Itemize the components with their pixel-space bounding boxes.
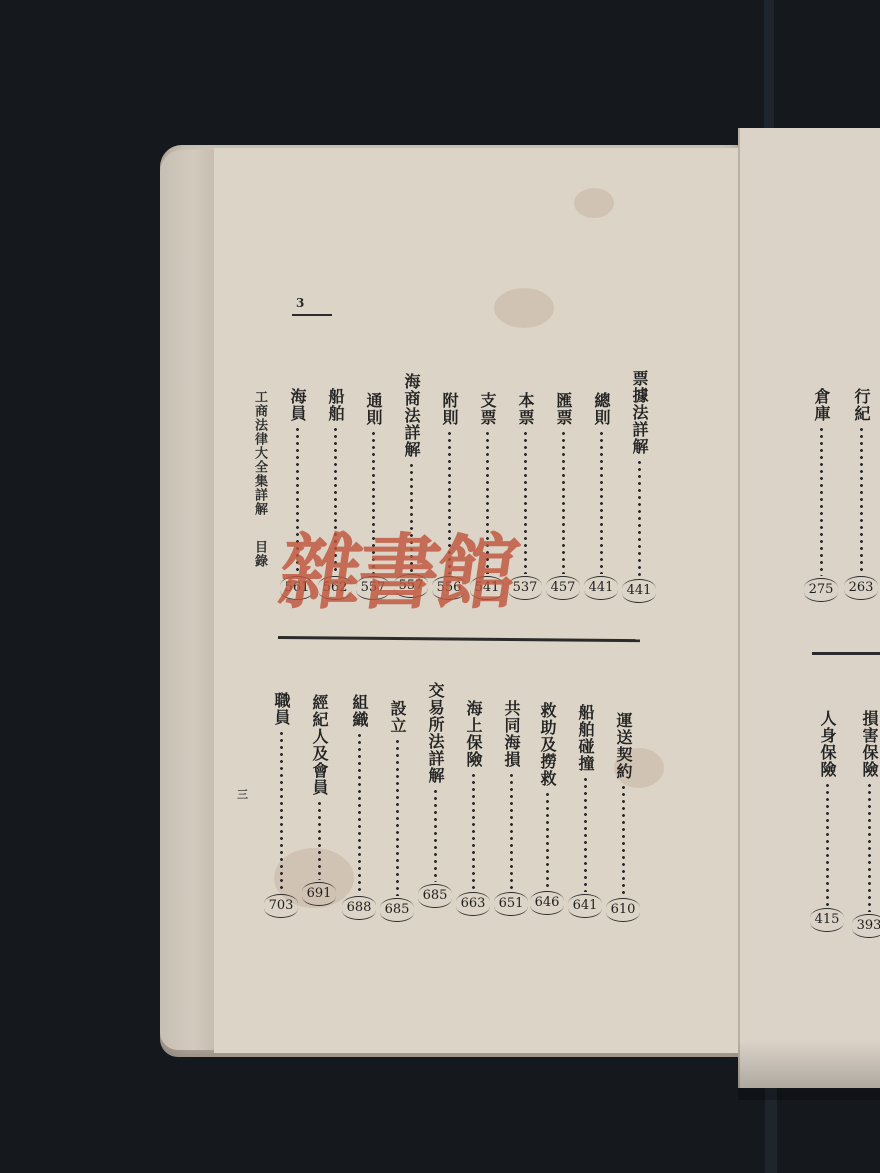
- toc-entry-title: 本票: [515, 392, 535, 426]
- toc-entry[interactable]: 總則 441: [584, 392, 618, 600]
- toc-entry-title: 人身保險: [817, 710, 837, 778]
- toc-entry-title: 海上保險: [463, 700, 483, 768]
- leader-dots: [280, 730, 283, 892]
- leader-dots: [510, 772, 513, 890]
- folio-number: 3: [296, 296, 304, 310]
- toc-entry[interactable]: 人身保險 415: [810, 710, 844, 932]
- toc-entry-title: 總則: [591, 392, 611, 426]
- toc-entry[interactable]: 運送契約 610: [606, 712, 640, 922]
- toc-entry[interactable]: 共同海損 651: [494, 700, 528, 916]
- leader-dots: [472, 772, 475, 890]
- toc-entry[interactable]: 設立 685: [380, 700, 414, 922]
- leader-dots: [562, 430, 565, 574]
- watermark-stamp: 雜書館: [274, 532, 520, 614]
- toc-entry-page: 651: [494, 892, 528, 916]
- toc-entry[interactable]: 職員 703: [264, 692, 298, 918]
- section-label: 目錄: [250, 540, 269, 568]
- toc-entry-page: 685: [418, 884, 452, 908]
- leader-dots: [584, 776, 587, 892]
- toc-entry[interactable]: 經紀人及會員 691: [302, 694, 336, 906]
- toc-entry-page: 688: [342, 896, 376, 920]
- toc-entry-page: 703: [264, 894, 298, 918]
- toc-entry[interactable]: 行紀 263: [844, 388, 878, 600]
- toc-entry[interactable]: 交易所法詳解 685: [418, 682, 452, 908]
- page-marker: 三: [237, 786, 248, 802]
- left-page-edge: [160, 150, 216, 1050]
- toc-entry[interactable]: 組織 688: [342, 694, 376, 920]
- leader-dots: [826, 782, 829, 906]
- toc-entry[interactable]: 票據法詳解 441: [622, 370, 656, 603]
- toc-entry-title: 倉庫: [811, 388, 831, 422]
- leader-dots: [546, 791, 549, 889]
- leader-dots: [868, 782, 871, 912]
- running-title: 工商法律大全集詳解: [250, 390, 269, 516]
- toc-entry-title: 通則: [363, 392, 383, 426]
- toc-entry-page: 537: [508, 576, 542, 600]
- toc-entry[interactable]: 海上保險 663: [456, 700, 490, 916]
- toc-entry[interactable]: 救助及撈救 646: [530, 702, 564, 915]
- toc-entry[interactable]: 損害保險 393: [852, 710, 880, 938]
- toc-entry-page: 663: [456, 892, 490, 916]
- leader-dots: [318, 800, 321, 880]
- toc-entry-title: 設立: [387, 700, 407, 734]
- toc-entry-page: 457: [546, 576, 580, 600]
- toc-entry-title: 職員: [271, 692, 291, 726]
- backdrop-seam: [764, 0, 774, 145]
- leader-dots: [396, 738, 399, 896]
- toc-entry-title: 共同海損: [501, 700, 521, 768]
- right-section-divider: [812, 652, 880, 655]
- leader-dots: [600, 430, 603, 574]
- toc-entry-page: 441: [622, 579, 656, 603]
- toc-entry-title: 運送契約: [613, 712, 633, 780]
- toc-entry-title: 票據法詳解: [629, 370, 649, 455]
- folio-rule: [292, 314, 332, 316]
- toc-entry-title: 海員: [287, 388, 307, 422]
- toc-entry-page: 610: [606, 898, 640, 922]
- leader-dots: [820, 426, 823, 576]
- leader-dots: [860, 426, 863, 574]
- toc-entry-title: 經紀人及會員: [309, 694, 329, 796]
- toc-entry[interactable]: 匯票 457: [546, 392, 580, 600]
- toc-entry-title: 匯票: [553, 392, 573, 426]
- toc-entry-title: 組織: [349, 694, 369, 728]
- leader-dots: [622, 784, 625, 896]
- toc-entry-page: 393: [852, 914, 880, 938]
- toc-entry-page: 685: [380, 898, 414, 922]
- leader-dots: [358, 732, 361, 894]
- toc-entry-page: 691: [302, 882, 336, 906]
- toc-entry[interactable]: 船舶碰撞 641: [568, 704, 602, 918]
- toc-entry[interactable]: 倉庫 275: [804, 388, 838, 602]
- toc-entry-page: 646: [530, 891, 564, 915]
- leader-dots: [524, 430, 527, 574]
- toc-entry-title: 附則: [439, 392, 459, 426]
- toc-entry-title: 救助及撈救: [537, 702, 557, 787]
- toc-entry-title: 交易所法詳解: [425, 682, 445, 784]
- toc-entry-title: 船舶碰撞: [575, 704, 595, 772]
- toc-entry-page: 275: [804, 578, 838, 602]
- leader-dots: [434, 788, 437, 882]
- toc-entry-title: 損害保險: [859, 710, 879, 778]
- toc-entry-title: 海商法詳解: [401, 373, 421, 458]
- toc-entry-title: 行紀: [851, 388, 871, 422]
- toc-entry-page: 415: [810, 908, 844, 932]
- toc-entry-page: 641: [568, 894, 602, 918]
- right-page: [738, 128, 880, 1088]
- toc-entry-page: 441: [584, 576, 618, 600]
- leader-dots: [638, 459, 641, 577]
- toc-entry-page: 263: [844, 576, 878, 600]
- right-page-shadow: [738, 1040, 880, 1100]
- toc-entry-title: 支票: [477, 392, 497, 426]
- toc-entry-title: 船舶: [325, 388, 345, 422]
